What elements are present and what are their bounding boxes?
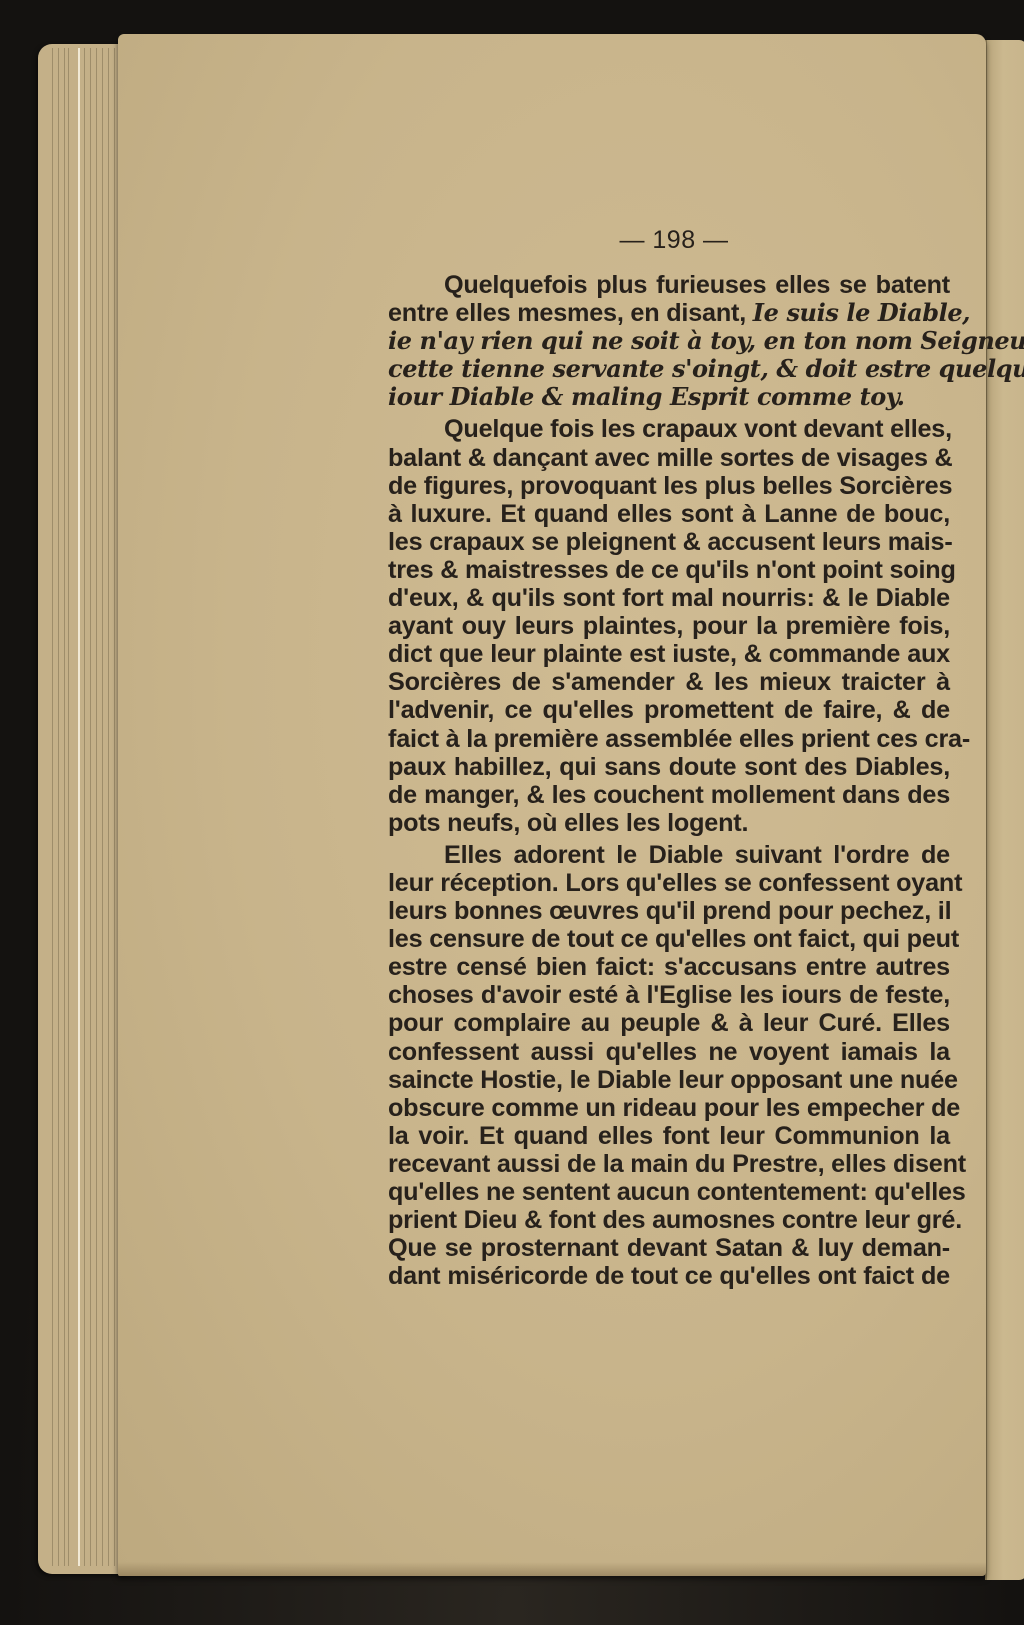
next-page-edge [985, 40, 1024, 1580]
text-line: Elles adorent le Diable suivant l'ordre … [388, 841, 950, 869]
text-line: saincte Hostie, le Diable leur opposant … [388, 1066, 950, 1094]
page-edge-line [108, 48, 109, 1566]
text-line: les censure de tout ce qu'elles ont faic… [388, 925, 950, 953]
text-line: faict à la première assemblée elles prie… [388, 725, 950, 753]
page-edge-line [114, 48, 115, 1566]
text-line: ie n'ay rien qui ne soit à toy, en ton n… [388, 327, 950, 355]
page-edge-line [90, 48, 91, 1566]
italic-quote: ie n'ay rien qui ne soit à toy, en ton n… [388, 326, 1024, 355]
page-edge-line [84, 48, 85, 1566]
page-edge-line [68, 48, 69, 1566]
text-line: entre elles mesmes, en disant, Ie suis l… [388, 299, 950, 327]
text-line: dict que leur plainte est iuste, & comma… [388, 640, 950, 668]
text-line: leurs bonnes œuvres qu'il prend pour pec… [388, 897, 950, 925]
text-line: choses d'avoir esté à l'Eglise les iours… [388, 981, 950, 1009]
text-line: pots neufs, où elles les logent. [388, 809, 950, 837]
text-line: ayant ouy leurs plaintes, pour la premiè… [388, 612, 950, 640]
text-segment: entre elles mesmes, en disant, [388, 299, 753, 327]
page-text-block: — 198 — Quelquefois plus furieuses elles… [388, 226, 950, 1290]
italic-quote: cette tienne servante s'oingt, & doit es… [388, 354, 1024, 383]
paragraph: Elles adorent le Diable suivant l'ordre … [388, 841, 950, 1291]
paragraphs-container: Quelquefois plus furieuses elles se bate… [388, 271, 950, 1290]
text-line: l'advenir, ce qu'elles promettent de fai… [388, 696, 950, 724]
book-page: — 198 — Quelquefois plus furieuses elles… [118, 34, 986, 1576]
text-line: de figures, provoquant les plus belles S… [388, 472, 950, 500]
text-line: Quelquefois plus furieuses elles se bate… [388, 271, 950, 299]
page-edge-line [102, 48, 103, 1566]
page-edge-line [64, 48, 65, 1566]
paragraph: Quelque fois les crapaux vont devant ell… [388, 415, 950, 836]
text-line: cette tienne servante s'oingt, & doit es… [388, 355, 950, 383]
text-line: prient Dieu & font des aumosnes contre l… [388, 1206, 950, 1234]
text-line: iour Diable & maling Esprit comme toy. [388, 383, 950, 411]
paragraph: Quelquefois plus furieuses elles se bate… [388, 271, 950, 411]
italic-quote: iour Diable & maling Esprit comme toy. [388, 382, 905, 411]
text-line: Que se prosternant devant Satan & luy de… [388, 1234, 950, 1262]
text-line: tres & maistresses de ce qu'ils n'ont po… [388, 556, 950, 584]
text-line: à luxure. Et quand elles sont à Lanne de… [388, 500, 950, 528]
text-line: la voir. Et quand elles font leur Commun… [388, 1122, 950, 1150]
text-line: de manger, & les couchent mollement dans… [388, 781, 950, 809]
italic-quote: Ie suis le Diable, [753, 298, 970, 327]
text-line: leur réception. Lors qu'elles se confess… [388, 869, 950, 897]
text-line: balant & dançant avec mille sortes de vi… [388, 444, 950, 472]
text-line: paux habillez, qui sans doute sont des D… [388, 753, 950, 781]
text-line: confessent aussi qu'elles ne voyent iama… [388, 1038, 950, 1066]
page-edge-highlight [78, 48, 80, 1566]
text-line: obscure comme un rideau pour les empeche… [388, 1094, 950, 1122]
page-stack-edges [38, 44, 128, 1574]
page-edge-line [96, 48, 97, 1566]
text-line: d'eux, & qu'ils sont fort mal nourris: &… [388, 584, 950, 612]
page-number: — 198 — [388, 226, 950, 255]
text-line: dant miséricorde de tout ce qu'elles ont… [388, 1262, 950, 1290]
text-line: recevant aussi de la main du Prestre, el… [388, 1150, 950, 1178]
text-line: qu'elles ne sentent aucun contentement: … [388, 1178, 950, 1206]
text-line: estre censé bien faict: s'accusans entre… [388, 953, 950, 981]
text-line: pour complaire au peuple & à leur Curé. … [388, 1009, 950, 1037]
text-line: Quelque fois les crapaux vont devant ell… [388, 415, 950, 443]
page-edge-line [52, 48, 53, 1566]
text-line: Sorcières de s'amender & les mieux traic… [388, 668, 950, 696]
page-edge-line [58, 48, 59, 1566]
text-line: les crapaux se pleignent & accusent leur… [388, 528, 950, 556]
